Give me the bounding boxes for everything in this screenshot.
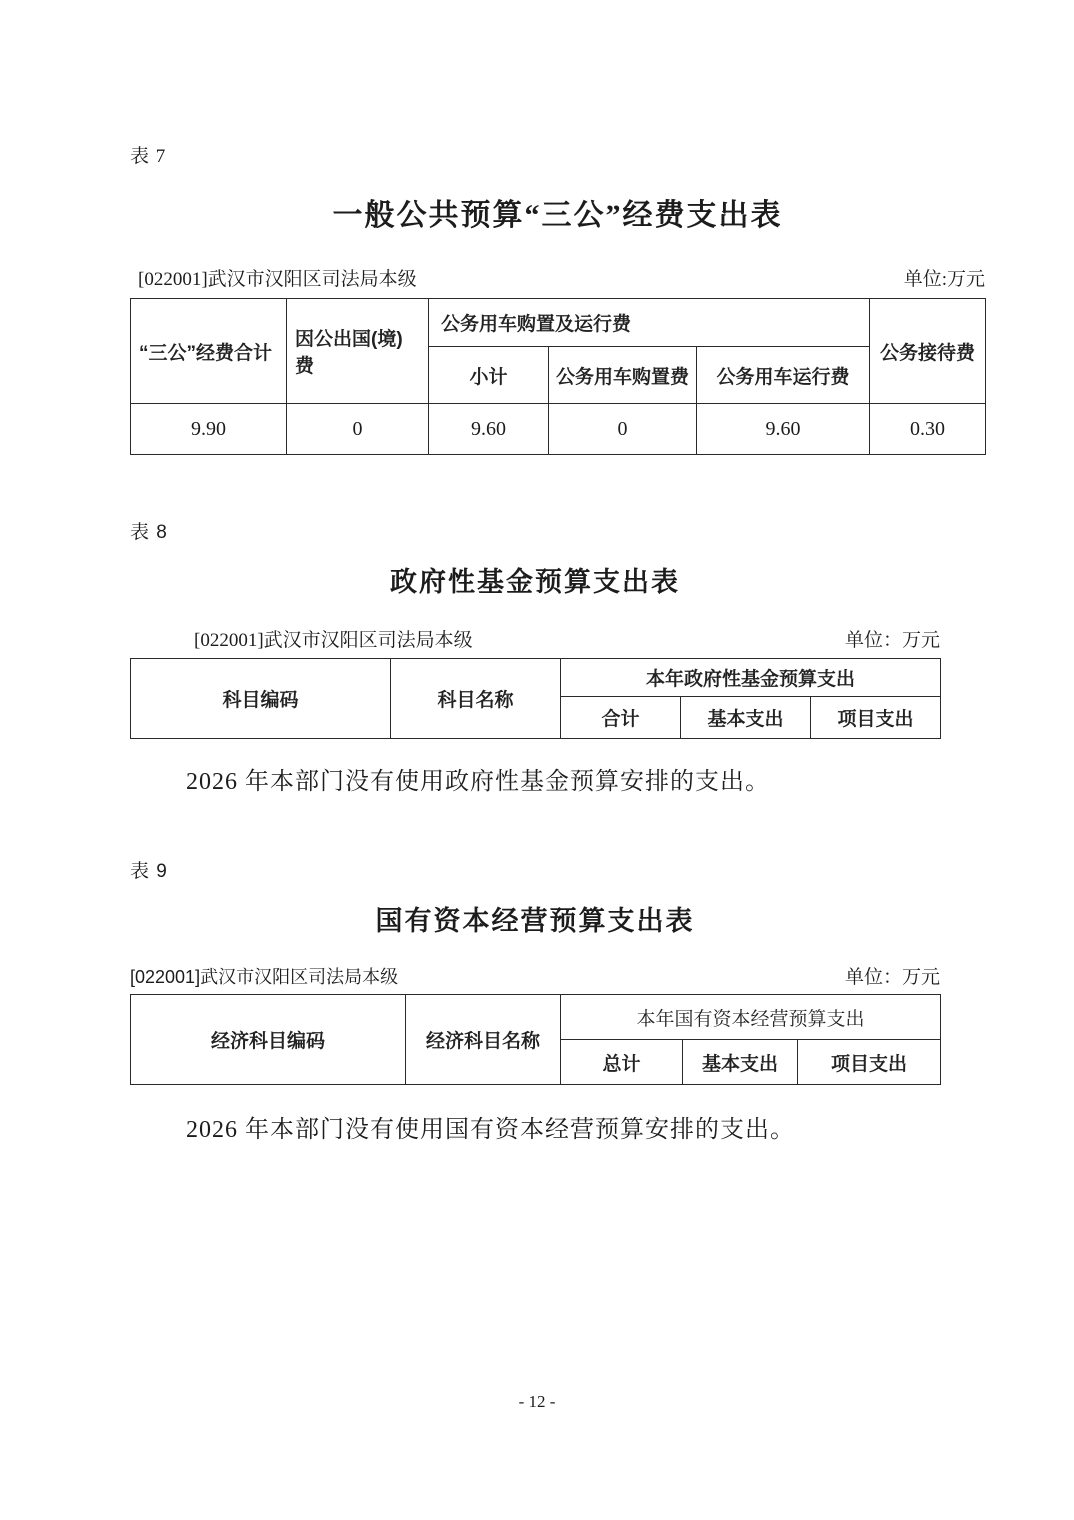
table8-header-basic: 基本支出: [681, 697, 811, 739]
table9-header-name: 经济科目名称: [406, 995, 561, 1085]
table7-value-operation: 9.60: [697, 404, 870, 455]
table7-value-subtotal: 9.60: [429, 404, 549, 455]
table8-org: [022001]武汉市汉阳区司法局本级: [194, 625, 473, 652]
table7-header-operation: 公务用车运行费: [697, 347, 870, 404]
table7-meta-row: [022001]武汉市汉阳区司法局本级 单位:万元: [130, 264, 985, 291]
section-table7: 表 7 一般公共预算“三公”经费支出表 [022001]武汉市汉阳区司法局本级 …: [130, 141, 985, 455]
table9-title: 国有资本经营预算支出表: [130, 899, 940, 938]
table7-header-purchase: 公务用车购置费: [549, 347, 697, 404]
table7-header-reception: 公务接待费: [870, 299, 986, 404]
table7-header-total: “三公”经费合计: [131, 299, 287, 404]
table7-unit: 单位:万元: [904, 264, 985, 291]
table7-label: 表 7: [130, 141, 985, 168]
table7-header-vehicle-group: 公务用车购置及运行费: [429, 299, 870, 347]
table9-header-code: 经济科目编码: [131, 995, 406, 1085]
table7: “三公”经费合计 因公出国(境)费 公务用车购置及运行费 公务接待费 小计 公务…: [130, 298, 986, 455]
table8-meta-row: [022001]武汉市汉阳区司法局本级 单位：万元: [130, 625, 940, 652]
table8: 科目编码 科目名称 本年政府性基金预算支出 合计 基本支出 项目支出: [130, 658, 941, 739]
table8-header-group: 本年政府性基金预算支出: [561, 659, 941, 697]
section-table9: 表 9 国有资本经营预算支出表 [022001]武汉市汉阳区司法局本级 单位：万…: [130, 856, 940, 1144]
table8-title: 政府性基金预算支出表: [130, 560, 940, 599]
table7-value-abroad: 0: [287, 404, 429, 455]
table8-header-project: 项目支出: [811, 697, 941, 739]
page-number: - 12 -: [0, 1392, 1074, 1412]
table9-org: [022001]武汉市汉阳区司法局本级: [130, 963, 398, 989]
table9-header-sum: 总计: [561, 1040, 683, 1085]
table8-header-name: 科目名称: [391, 659, 561, 739]
table7-org: [022001]武汉市汉阳区司法局本级: [138, 264, 417, 291]
table7-header-abroad: 因公出国(境)费: [287, 299, 429, 404]
section-table8: 表 8 政府性基金预算支出表 [022001]武汉市汉阳区司法局本级 单位：万元…: [130, 517, 940, 796]
table7-title: 一般公共预算“三公”经费支出表: [130, 190, 985, 234]
table8-header-sum: 合计: [561, 697, 681, 739]
table8-unit: 单位：万元: [845, 625, 940, 652]
table7-header-subtotal: 小计: [429, 347, 549, 404]
table9-header-basic: 基本支出: [683, 1040, 798, 1085]
table8-label: 表 8: [130, 517, 940, 544]
table9: 经济科目编码 经济科目名称 本年国有资本经营预算支出 总计 基本支出 项目支出: [130, 994, 941, 1085]
table7-data-row: 9.90 0 9.60 0 9.60 0.30: [131, 404, 986, 455]
table7-value-reception: 0.30: [870, 404, 986, 455]
document-page: 表 7 一般公共预算“三公”经费支出表 [022001]武汉市汉阳区司法局本级 …: [0, 0, 1074, 1520]
table8-header-code: 科目编码: [131, 659, 391, 739]
table9-note: 2026 年本部门没有使用国有资本经营预算安排的支出。: [130, 1109, 940, 1144]
table7-value-purchase: 0: [549, 404, 697, 455]
table9-header-group: 本年国有资本经营预算支出: [561, 995, 941, 1040]
table9-label: 表 9: [130, 856, 940, 883]
table7-value-total: 9.90: [131, 404, 287, 455]
table9-unit: 单位：万元: [845, 962, 940, 989]
table9-meta-row: [022001]武汉市汉阳区司法局本级 单位：万元: [130, 962, 940, 989]
table9-header-project: 项目支出: [798, 1040, 941, 1085]
table8-note: 2026 年本部门没有使用政府性基金预算安排的支出。: [130, 761, 940, 796]
